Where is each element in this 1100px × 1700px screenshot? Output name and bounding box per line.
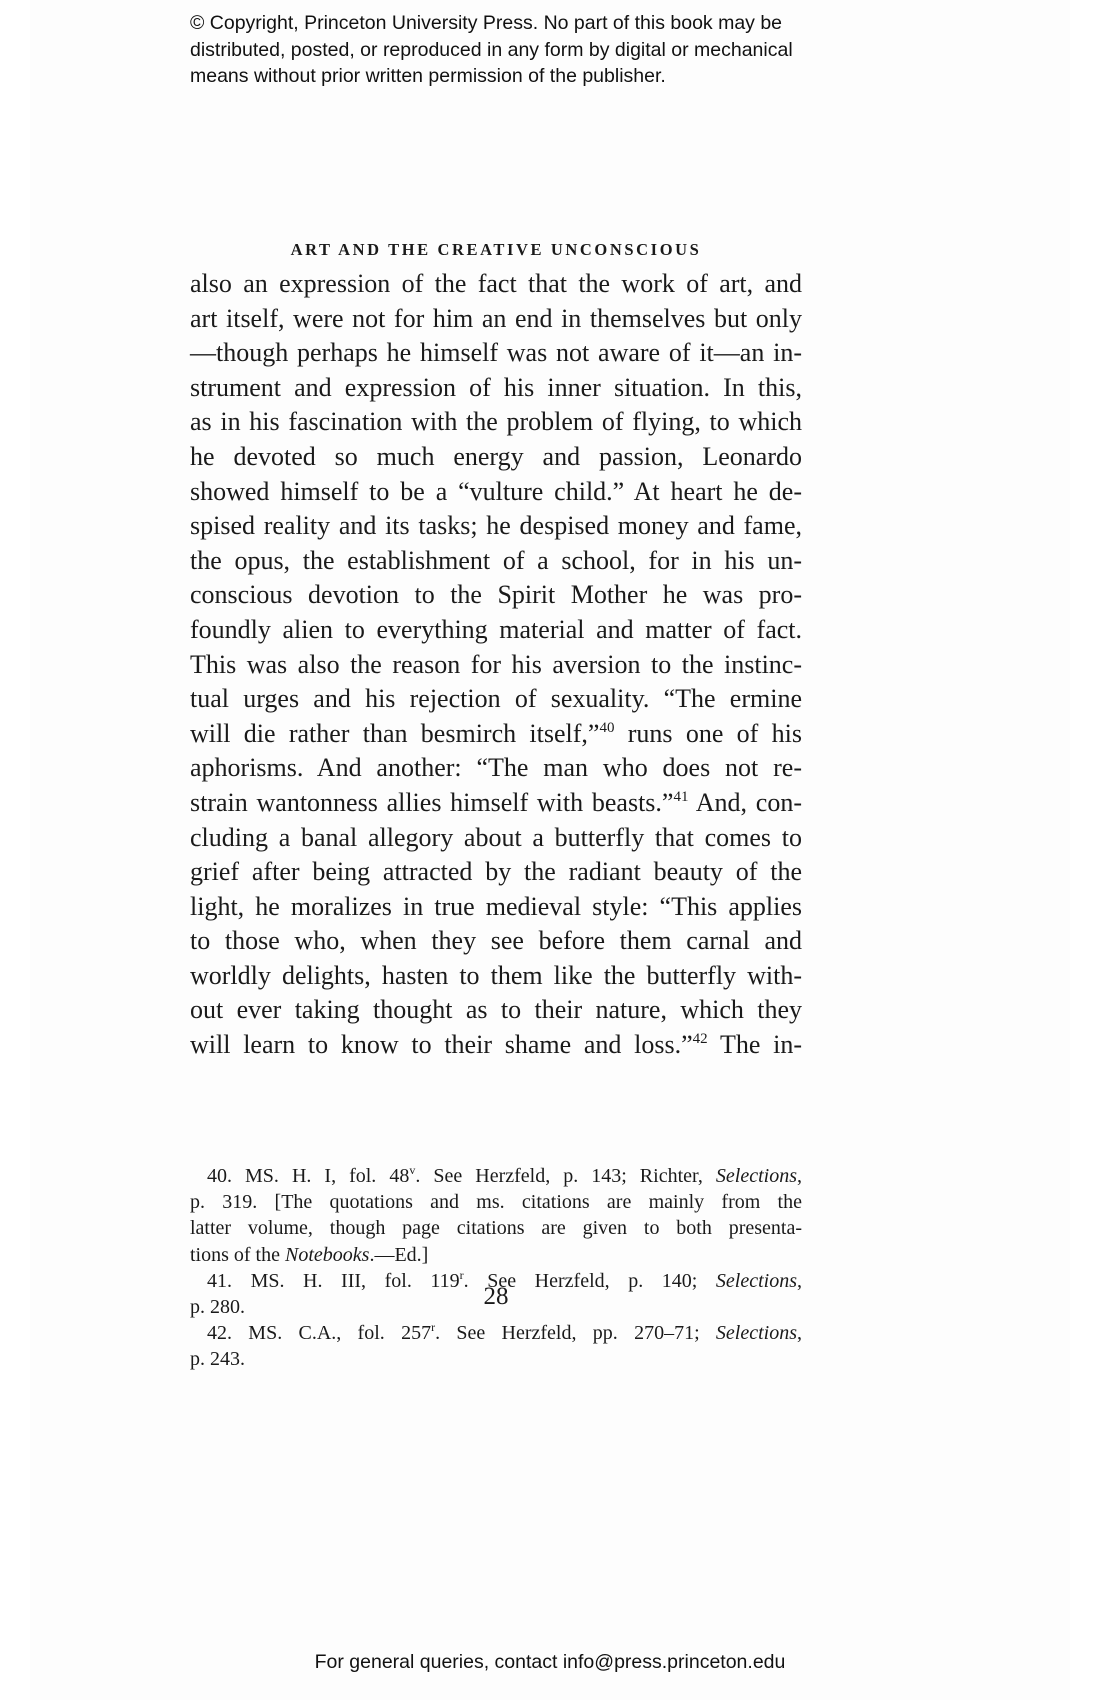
copyright-line: means without prior written permission o… (190, 63, 890, 90)
footnote-ref-40[interactable]: 40 (599, 720, 614, 736)
running-head: ART AND THE CREATIVE UNCONSCIOUS (190, 240, 802, 260)
body-line: worldly delights, hasten to them like th… (190, 959, 802, 994)
body-line: spised reality and its tasks; he despise… (190, 509, 802, 544)
body-line: This was also the reason for his aversio… (190, 648, 802, 683)
footnote-line: 40. MS. H. I, fol. 48v. See Herzfeld, p.… (190, 1163, 802, 1189)
body-line: will die rather than besmirch itself,”40… (190, 717, 802, 752)
body-line: he devoted so much energy and passion, L… (190, 440, 802, 475)
footnote-line: latter volume, though page citations are… (190, 1215, 802, 1241)
body-line: out ever taking thought as to their natu… (190, 993, 802, 1028)
footnote-line: tions of the Notebooks.—Ed.] (190, 1242, 802, 1268)
footnote-line: 42. MS. C.A., fol. 257r. See Herzfeld, p… (190, 1320, 802, 1346)
body-line: the opus, the establishment of a school,… (190, 544, 802, 579)
body-line: showed himself to be a “vulture child.” … (190, 475, 802, 510)
footnote-line: p. 319. [The quotations and ms. citation… (190, 1189, 802, 1215)
body-line: as in his fascination with the problem o… (190, 405, 802, 440)
footnote-ref-42[interactable]: 42 (693, 1031, 708, 1047)
body-line: will learn to know to their shame and lo… (190, 1028, 802, 1063)
footnote-40: 40. MS. H. I, fol. 48v. See Herzfeld, p.… (190, 1163, 802, 1268)
footnotes: 40. MS. H. I, fol. 48v. See Herzfeld, p.… (190, 1163, 802, 1373)
body-line: aphorisms. And another: “The man who doe… (190, 751, 802, 786)
copyright-notice: © Copyright, Princeton University Press.… (190, 10, 890, 90)
body-line: light, he moralizes in true medieval sty… (190, 890, 802, 925)
body-line: strain wantonness allies himself with be… (190, 786, 802, 821)
body-line: to those who, when they see before them … (190, 924, 802, 959)
body-line: art itself, were not for him an end in t… (190, 302, 802, 337)
footnote-ref-41[interactable]: 41 (673, 789, 688, 805)
footnote-42: 42. MS. C.A., fol. 257r. See Herzfeld, p… (190, 1320, 802, 1372)
body-text: also an expression of the fact that the … (190, 267, 802, 1063)
body-line: grief after being attracted by the radia… (190, 855, 802, 890)
footnote-line: p. 243. (190, 1346, 802, 1372)
body-line: also an expression of the fact that the … (190, 267, 802, 302)
body-line: strument and expression of his inner sit… (190, 371, 802, 406)
page-number: 28 (190, 1283, 802, 1311)
body-line: —though perhaps he himself was not aware… (190, 336, 802, 371)
copyright-line: © Copyright, Princeton University Press.… (190, 10, 890, 37)
footer-contact-notice[interactable]: For general queries, contact info@press.… (0, 1651, 1100, 1674)
body-line: foundly alien to everything material and… (190, 613, 802, 648)
copyright-line: distributed, posted, or reproduced in an… (190, 37, 890, 64)
body-line: conscious devotion to the Spirit Mother … (190, 578, 802, 613)
body-line: tual urges and his rejection of sexualit… (190, 682, 802, 717)
body-line: cluding a banal allegory about a butterf… (190, 821, 802, 856)
